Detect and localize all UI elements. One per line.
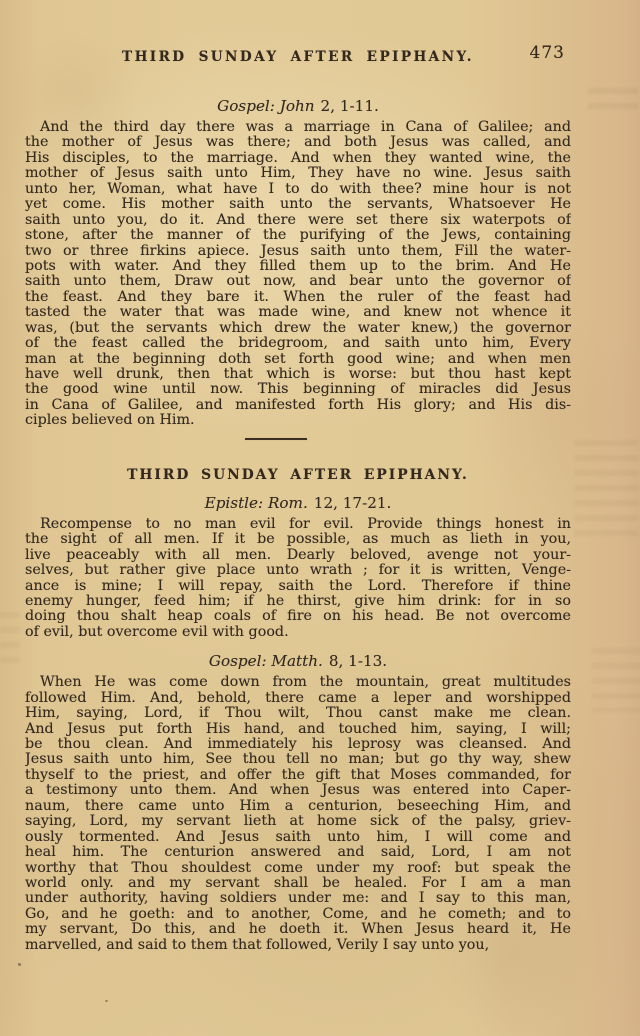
text-line: pots with water. And they filled them up… bbox=[25, 259, 571, 274]
page-number: 473 bbox=[530, 43, 565, 63]
section-title: THIRD SUNDAY AFTER EPIPHANY. bbox=[25, 467, 571, 483]
text-line: When He was come down from the mountain,… bbox=[25, 675, 571, 690]
text-line: ously tormented. And Jesus saith unto hi… bbox=[25, 830, 571, 845]
text-line: of the feast called the bridegroom, and … bbox=[25, 336, 571, 351]
text-line: tasted the water that was made wine, and… bbox=[25, 305, 571, 320]
text-line: world only. and my servant shall be heal… bbox=[25, 876, 571, 891]
text-line: saying, Lord, my servant lieth at home s… bbox=[25, 814, 571, 829]
paper-speck bbox=[105, 1000, 108, 1002]
gospel-matth-paragraph: When He was come down from the mountain,… bbox=[25, 675, 571, 953]
text-line: enemy hunger, feed him; if he thirst, gi… bbox=[25, 594, 571, 609]
text-line: live peaceably with all men. Dearly belo… bbox=[25, 548, 571, 563]
gospel-john-heading-italic: Gospel: John bbox=[217, 97, 314, 115]
show-through-ghost bbox=[574, 440, 638, 536]
text-line: And Jesus put forth His hand, and touche… bbox=[25, 722, 571, 737]
text-line: followed Him. And, behold, there came a … bbox=[25, 691, 571, 706]
epistle-rom-heading-reference: 12, 17-21. bbox=[314, 494, 392, 512]
running-title: THIRD SUNDAY AFTER EPIPHANY. bbox=[122, 49, 474, 65]
gospel-john-heading-reference: 2, 1-11. bbox=[321, 97, 379, 115]
text-line: a testimony unto them. And when Jesus wa… bbox=[25, 783, 571, 798]
text-line: selves, but rather give place unto wrath… bbox=[25, 563, 571, 578]
text-line: naum, there came unto Him a centurion, b… bbox=[25, 799, 571, 814]
text-line: doing thou shalt heap coals of fire on h… bbox=[25, 609, 571, 624]
text-line: worthy that Thou shouldest come under my… bbox=[25, 861, 571, 876]
show-through-ghost bbox=[0, 612, 20, 672]
epistle-rom-paragraph: Recompense to no man evil for evil. Prov… bbox=[25, 517, 571, 641]
text-line: man at the beginning doth set forth good… bbox=[25, 352, 571, 367]
text-line: stone, after the manner of the purifying… bbox=[25, 228, 571, 243]
text-line: yet come. His mother saith unto the serv… bbox=[25, 197, 571, 212]
text-line: ciples believed on Him. bbox=[25, 413, 571, 428]
gospel-matth-heading-italic: Gospel: Matth. bbox=[209, 652, 323, 670]
text-line: ance is mine; I will repay, saith the Lo… bbox=[25, 579, 571, 594]
epistle-rom-heading-italic: Epistle: Rom. bbox=[205, 494, 308, 512]
gospel-matth-heading-reference: 8, 1-13. bbox=[329, 652, 387, 670]
book-page: THIRD SUNDAY AFTER EPIPHANY. 473 Gospel:… bbox=[0, 0, 640, 1036]
text-line: of evil, but overcome evil with good. bbox=[25, 625, 571, 640]
text-line: mother of Jesus saith unto Him, They hav… bbox=[25, 166, 571, 181]
epistle-rom-heading: Epistle: Rom.12, 17-21. bbox=[25, 494, 571, 512]
text-line: my servant, Do this, and he doeth it. Wh… bbox=[25, 922, 571, 937]
text-line: in Cana of Galilee, and manifested forth… bbox=[25, 398, 571, 413]
text-line: the mother of Jesus was there; and both … bbox=[25, 135, 571, 150]
text-line: saith unto them, Draw out now, and bear … bbox=[25, 274, 571, 289]
text-line: heal him. The centurion answered and sai… bbox=[25, 845, 571, 860]
text-block: THIRD SUNDAY AFTER EPIPHANY. 473 Gospel:… bbox=[25, 0, 571, 953]
text-line: the feast. And they bare it. When the ru… bbox=[25, 290, 571, 305]
text-line: was, (but the servants which drew the wa… bbox=[25, 321, 571, 336]
text-line: under authority, having soldiers under m… bbox=[25, 891, 571, 906]
text-line: marvelled, and said to them that followe… bbox=[25, 938, 571, 953]
text-line: have well drunk, then that which is wors… bbox=[25, 367, 571, 382]
text-line: the sight of all men. If it be possible,… bbox=[25, 532, 571, 547]
text-line: unto her, Woman, what have I to do with … bbox=[25, 182, 571, 197]
gospel-matth-heading: Gospel: Matth.8, 1-13. bbox=[25, 652, 571, 670]
show-through-ghost bbox=[588, 88, 638, 118]
text-line: Him, saying, Lord, if Thou wilt, Thou ca… bbox=[25, 706, 571, 721]
text-line: two or three firkins apiece. Jesus saith… bbox=[25, 244, 571, 259]
text-line: And the third day there was a marriage i… bbox=[25, 120, 571, 135]
show-through-ghost bbox=[592, 648, 640, 712]
gospel-john-heading: Gospel: John2, 1-11. bbox=[25, 97, 571, 115]
text-line: be thou clean. And immediately his lepro… bbox=[25, 737, 571, 752]
page-header: THIRD SUNDAY AFTER EPIPHANY. 473 bbox=[25, 46, 571, 64]
paper-speck bbox=[18, 963, 21, 966]
text-line: Recompense to no man evil for evil. Prov… bbox=[25, 517, 571, 532]
gospel-john-paragraph: And the third day there was a marriage i… bbox=[25, 120, 571, 429]
text-line: Jesus saith unto him, See thou tell no m… bbox=[25, 752, 571, 767]
text-line: His disciples, to the marriage. And when… bbox=[25, 151, 571, 166]
text-line: saith unto you, do it. And there were se… bbox=[25, 213, 571, 228]
text-line: the good wine until now. This beginning … bbox=[25, 382, 571, 397]
text-line: thyself to the priest, and offer the gif… bbox=[25, 768, 571, 783]
text-line: Go, and he goeth: and to another, Come, … bbox=[25, 907, 571, 922]
section-divider bbox=[245, 438, 307, 440]
